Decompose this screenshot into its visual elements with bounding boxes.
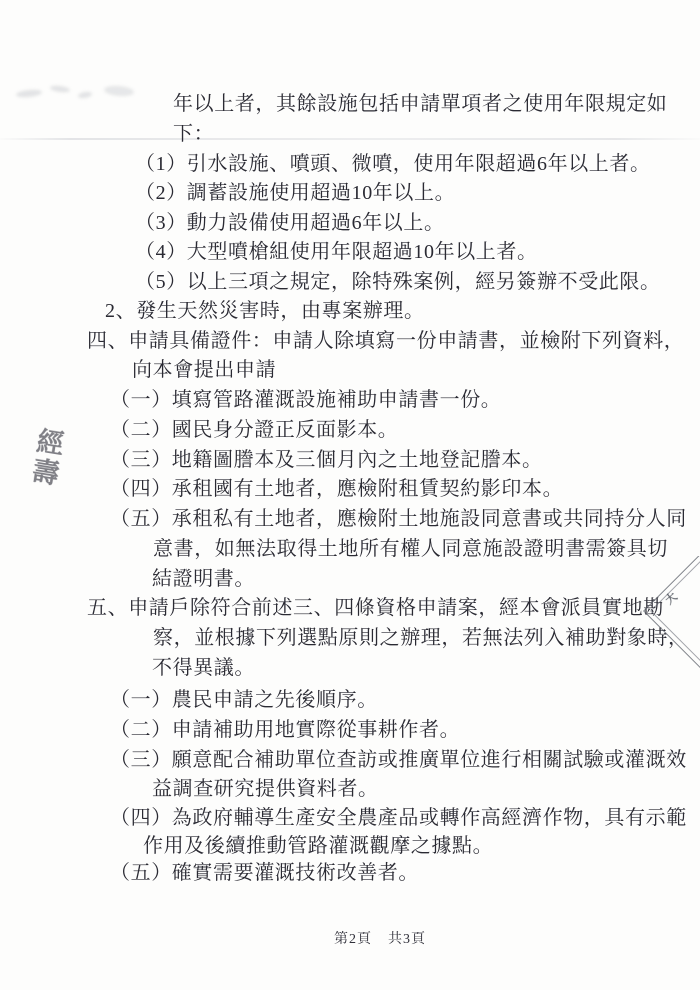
document-line: 年以上者，其餘設施包括申請單項者之使用年限規定如 [173,92,667,116]
scan-smudge [16,89,43,99]
document-line: 察，並根據下列選點原則之辦理，若無法列入補助對象時， [153,626,689,650]
scan-smudge [104,85,135,98]
document-line: 向本會提出申請 [132,358,276,382]
document-line: （一）農民申請之先後順序。 [110,688,378,712]
document-line: （3）動力設備使用超過6年以上。 [135,211,445,235]
scan-artifact-line [0,138,700,140]
document-line: 結證明書。 [152,567,255,591]
document-line: （一）填寫管路灌溉設施補助申請書一份。 [110,388,501,412]
seal-stamp-right: 大 [636,556,700,672]
seal-char: 壽 [22,455,70,492]
stamp-border [643,556,700,669]
document-line: 不得異議。 [152,656,255,680]
scan-smudge [50,85,71,94]
page-number: 第2頁 [334,932,372,947]
scan-smudge [78,91,93,99]
document-line: （4）大型噴槍組使用年限超過10年以上者。 [135,240,538,264]
document-line: 下： [173,122,214,146]
document-line: （四）為政府輔導生產安全農產品或轉作高經濟作物，具有示範 [110,806,687,830]
document-line: （2）調蓄設施使用超過10年以上。 [135,181,455,205]
document-line: 作用及後續推動管路灌溉觀摩之據點。 [143,834,493,858]
document-line: 2、發生天然災害時，由專案辦理。 [105,299,425,323]
scanned-document-page: 年以上者，其餘設施包括申請單項者之使用年限規定如 下： （1）引水設施、噴頭、微… [0,0,700,990]
document-line: （5）以上三項之規定，除特殊案例，經另簽辦不受此限。 [135,270,661,294]
document-line: （二）申請補助用地實際從事耕作者。 [110,718,460,742]
page-footer: 第2頁共3頁 [334,928,426,948]
page-total: 共3頁 [388,932,426,947]
document-line: 五、申請戶除符合前述三、四條資格申請案，經本會派員實地勘 [87,596,664,620]
document-line: 益調查研究提供資料者。 [152,777,379,801]
document-line: （五）確實需要灌溉技術改善者。 [110,861,419,885]
document-line: 四、申請具備證件：申請人除填寫一份申請書，並檢附下列資料， [87,329,684,353]
document-line: （二）國民身分證正反面影本。 [110,418,398,442]
document-line: （1）引水設施、噴頭、微噴，使用年限超過6年以上者。 [135,152,651,176]
document-line: （五）承租私有土地者，應檢附土地施設同意書或共同持分人同 [110,507,687,531]
document-line: （四）承租國有土地者，應檢附租賃契約影印本。 [110,477,563,501]
document-line: 意書，如無法取得土地所有權人同意施設證明書需簽具切 [153,537,668,561]
document-line: （三）願意配合補助單位查訪或推廣單位進行相關試驗或灌溉效 [110,748,687,772]
document-line: （三）地籍圖謄本及三個月內之土地登記謄本。 [110,448,543,472]
seal-stamp-left: 經 壽 [22,425,75,491]
